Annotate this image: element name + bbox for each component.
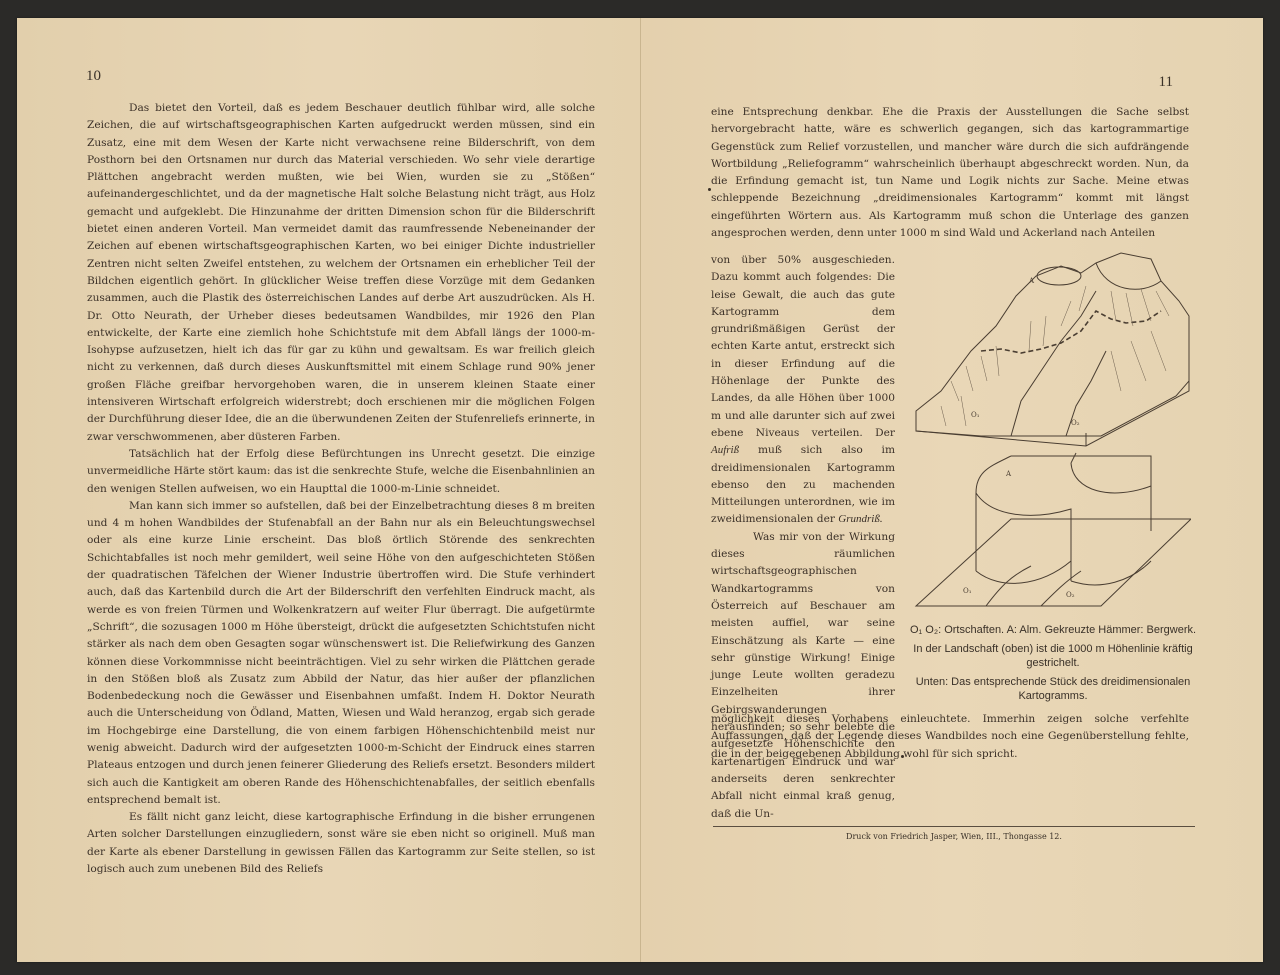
text-run: von über 50% ausgeschieden. Dazu kommt a… <box>711 254 895 439</box>
relief-illustration: A O₁ O₂ A O₁ O₂ <box>911 231 1191 621</box>
italic-term: Aufriß <box>711 444 739 456</box>
svg-text:O₂: O₂ <box>1071 419 1080 427</box>
page-number: 10 <box>86 68 101 85</box>
caption-line: Unten: Das entsprechende Stück des dreid… <box>909 675 1197 703</box>
figure-caption: O₁ O₂: Ortschaften. A: Alm. Gekreuzte Hä… <box>909 623 1197 708</box>
right-page: 11 eine Entsprechung denkbar. Ehe die Pr… <box>641 18 1263 962</box>
footer-rule <box>713 826 1195 827</box>
cartogram-block-drawing: A O₁ O₂ <box>916 453 1191 606</box>
svg-text:O₁: O₁ <box>963 587 972 595</box>
paragraph: Das bietet den Vorteil, daß es jedem Bes… <box>87 100 595 446</box>
book-spread: 10 Das bietet den Vorteil, daß es jedem … <box>17 18 1263 962</box>
landscape-relief-drawing: A O₁ O₂ <box>916 253 1189 446</box>
paragraph: möglichkeit dieses Vorhabens einleuchtet… <box>711 711 1189 763</box>
left-page: 10 Das bietet den Vorteil, daß es jedem … <box>17 18 641 962</box>
page-number: 11 <box>1159 74 1173 91</box>
print-speck <box>901 755 904 758</box>
paragraph: Tatsächlich hat der Erfolg diese Befürch… <box>87 446 595 498</box>
body-text: Das bietet den Vorteil, daß es jedem Bes… <box>87 100 595 878</box>
italic-term: Grundriß. <box>838 513 882 525</box>
paragraph: Was mir von der Wirkung dieses räumliche… <box>711 529 895 823</box>
svg-text:O₂: O₂ <box>1066 591 1075 599</box>
caption-line: O₁ O₂: Ortschaften. A: Alm. Gekreuzte Hä… <box>909 623 1197 637</box>
paragraph: von über 50% ausgeschieden. Dazu kommt a… <box>711 252 895 529</box>
print-speck <box>708 188 711 191</box>
caption-line: In der Landschaft (oben) ist die 1000 m … <box>909 642 1197 670</box>
svg-text:A: A <box>1005 470 1012 478</box>
paragraph: eine Entsprechung denkbar. Ehe die Praxi… <box>711 104 1189 242</box>
body-text-top: eine Entsprechung denkbar. Ehe die Praxi… <box>711 104 1189 242</box>
paragraph: Man kann sich immer so aufstellen, daß b… <box>87 498 595 809</box>
body-text-bottom: möglichkeit dieses Vorhabens einleuchtet… <box>711 711 1189 763</box>
printer-imprint: Druck von Friedrich Jasper, Wien, III., … <box>713 832 1195 841</box>
svg-text:O₁: O₁ <box>971 411 980 419</box>
paragraph: Es fällt nicht ganz leicht, diese kartog… <box>87 809 595 878</box>
svg-text:A: A <box>1028 277 1035 285</box>
